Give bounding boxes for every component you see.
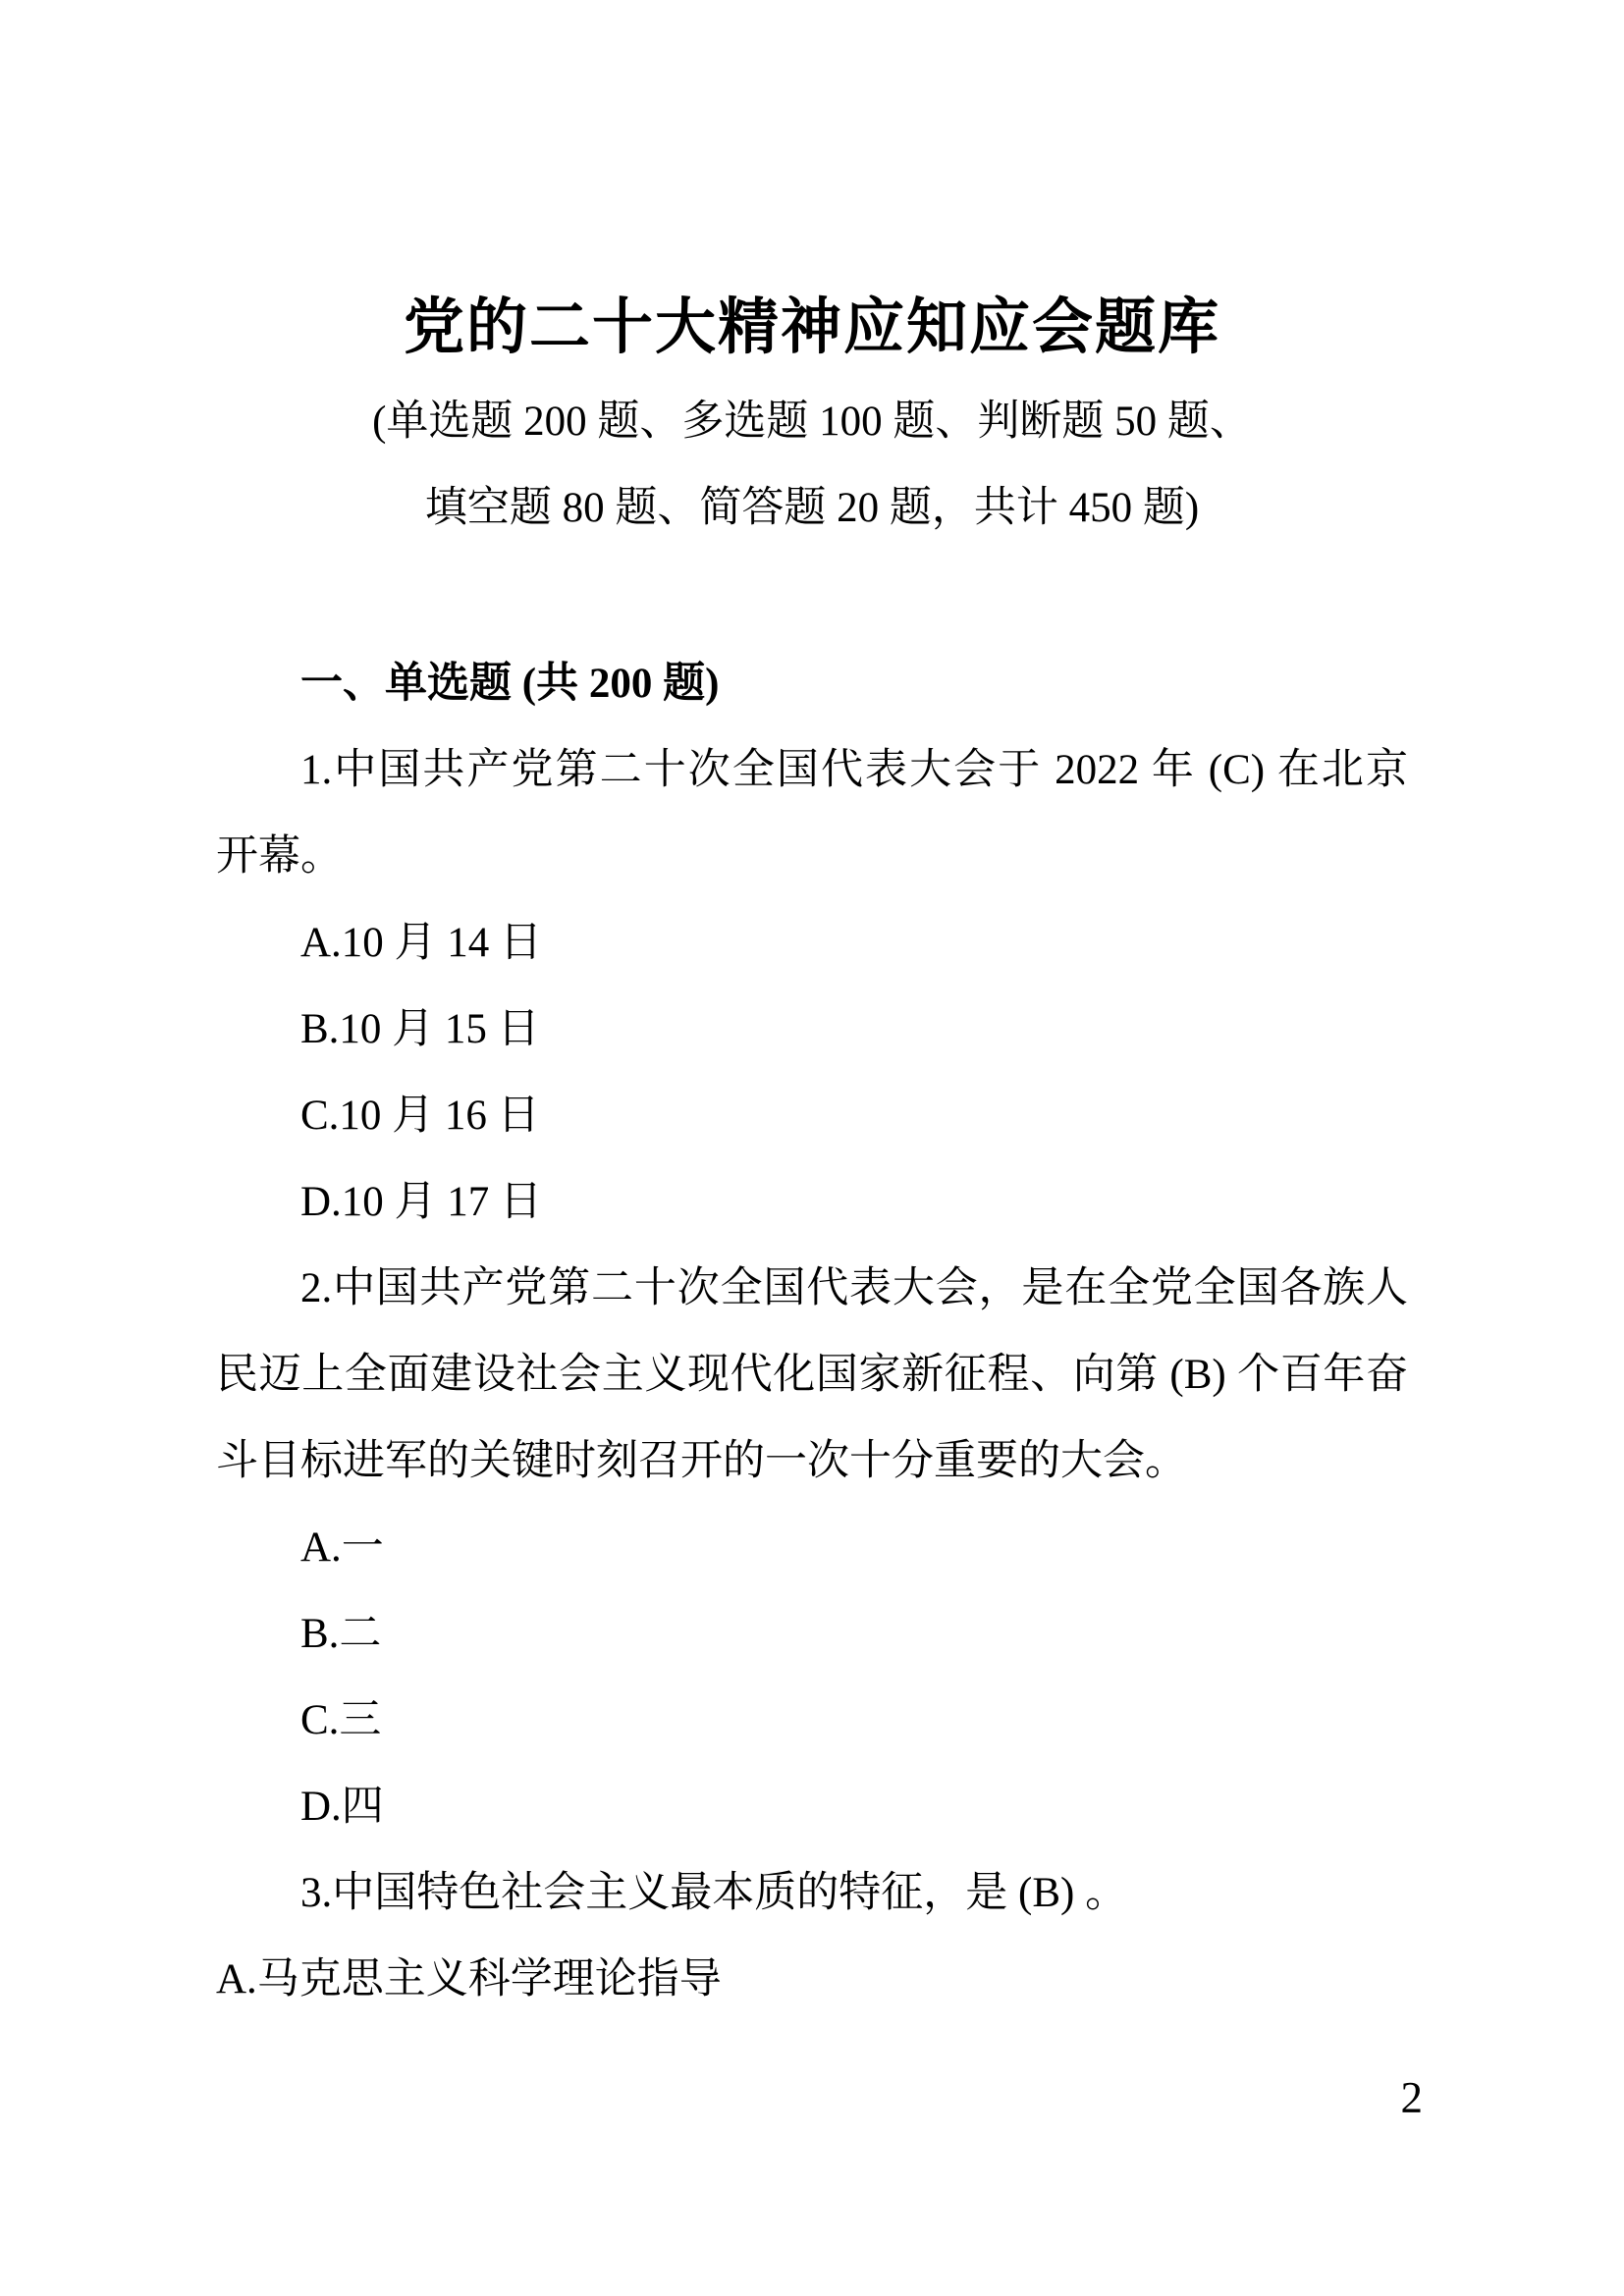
question-1-text-line-1: 1.中国共产党第二十次全国代表大会于 2022 年 (C) 在北京 [216,727,1408,814]
question-1-option-d: D.10 月 17 日 [216,1159,1408,1246]
subtitle-line-2: 填空题 80 题、简答题 20 题，共计 450 题) [216,465,1408,552]
question-1-option-c: C.10 月 16 日 [216,1073,1408,1159]
document-title: 党的二十大精神应知应会题库 [216,278,1408,379]
page-content: 党的二十大精神应知应会题库 (单选题 200 题、多选题 100 题、判断题 5… [216,0,1408,2023]
page-number: 2 [1401,2075,1424,2120]
subtitle-line-1: (单选题 200 题、多选题 100 题、判断题 50 题、 [216,379,1408,465]
question-2-text-line-1: 2.中国共产党第二十次全国代表大会，是在全党全国各族人 [216,1246,1408,1332]
question-2-option-d: D.四 [216,1764,1408,1850]
question-2-option-a: A.一 [216,1505,1408,1591]
question-2-option-c: C.三 [216,1678,1408,1764]
question-3-option-a: A.马克思主义科学理论指导 [216,1937,1408,2023]
question-2-option-b: B.二 [216,1591,1408,1678]
question-2-text-line-3: 斗目标进军的关键时刻召开的一次十分重要的大会。 [216,1418,1408,1505]
question-1-option-b: B.10 月 15 日 [216,987,1408,1073]
section-heading-single-choice: 一、单选题 (共 200 题) [216,641,1408,727]
question-3-text-line-1: 3.中国特色社会主义最本质的特征，是 (B) 。 [216,1850,1408,1937]
blank-line [216,552,1408,641]
document-page: { "document": { "title": "党的二十大精神应知应会题库"… [0,0,1624,2296]
question-2-text-line-2: 民迈上全面建设社会主义现代化国家新征程、向第 (B) 个百年奋 [216,1332,1408,1418]
question-1-option-a: A.10 月 14 日 [216,900,1408,987]
question-1-text-line-2: 开幕。 [216,814,1408,900]
